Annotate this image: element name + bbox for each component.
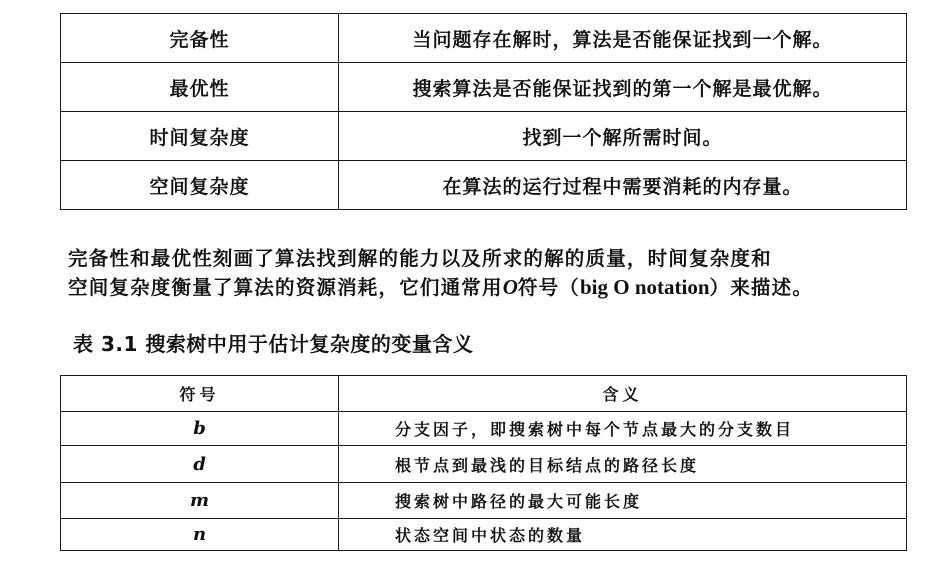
table-row: m 搜索树中路径的最大可能长度 xyxy=(61,483,907,519)
property-definition: 找到一个解所需时间。 xyxy=(339,112,907,161)
variable-meaning: 状态空间中状态的数量 xyxy=(339,519,907,551)
table-row: 最优性 搜索算法是否能保证找到的第一个解是最优解。 xyxy=(61,63,907,112)
table-header-row: 符号 含义 xyxy=(61,376,907,412)
property-term: 最优性 xyxy=(61,63,339,112)
paragraph-line-2-mid: 符号（ xyxy=(518,276,580,299)
table-row: b 分支因子，即搜索树中每个节点最大的分支数目 xyxy=(61,412,907,446)
table-row: n 状态空间中状态的数量 xyxy=(61,519,907,551)
property-term: 时间复杂度 xyxy=(61,112,339,161)
paragraph-line-2-post: ）来描述。 xyxy=(710,276,814,299)
paragraph-line-2-pre: 空间复杂度衡量了算法的资源消耗，它们通常用 xyxy=(68,276,503,299)
table-row: d 根节点到最浅的目标结点的路径长度 xyxy=(61,446,907,483)
header-symbol: 符号 xyxy=(61,376,339,412)
table-row: 时间复杂度 找到一个解所需时间。 xyxy=(61,112,907,161)
variable-meaning: 根节点到最浅的目标结点的路径长度 xyxy=(339,446,907,483)
variable-symbol: d xyxy=(61,446,339,483)
variable-meaning: 搜索树中路径的最大可能长度 xyxy=(339,483,907,519)
table-row: 完备性 当问题存在解时，算法是否能保证找到一个解。 xyxy=(61,14,907,63)
big-o-symbol: O xyxy=(503,275,518,299)
variable-symbol: n xyxy=(61,519,339,551)
property-definition: 当问题存在解时，算法是否能保证找到一个解。 xyxy=(339,14,907,63)
variable-symbol: b xyxy=(61,412,339,446)
variables-table: 符号 含义 b 分支因子，即搜索树中每个节点最大的分支数目 d 根节点到最浅的目… xyxy=(60,375,907,551)
properties-table: 完备性 当问题存在解时，算法是否能保证找到一个解。 最优性 搜索算法是否能保证找… xyxy=(60,13,907,210)
paragraph-line-1: 完备性和最优性刻画了算法找到解的能力以及所求的解的质量，时间复杂度和 xyxy=(68,247,772,270)
property-definition: 搜索算法是否能保证找到的第一个解是最优解。 xyxy=(339,63,907,112)
big-o-notation-term: big O notation xyxy=(580,275,710,299)
header-meaning: 含义 xyxy=(339,376,907,412)
property-term: 完备性 xyxy=(61,14,339,63)
variable-symbol: m xyxy=(61,483,339,519)
variable-meaning: 分支因子，即搜索树中每个节点最大的分支数目 xyxy=(339,412,907,446)
table-caption: 表 3.1 搜索树中用于估计复杂度的变量含义 xyxy=(73,328,473,357)
property-definition: 在算法的运行过程中需要消耗的内存量。 xyxy=(339,161,907,210)
body-paragraph: 完备性和最优性刻画了算法找到解的能力以及所求的解的质量，时间复杂度和 空间复杂度… xyxy=(68,244,947,302)
property-term: 空间复杂度 xyxy=(61,161,339,210)
table-row: 空间复杂度 在算法的运行过程中需要消耗的内存量。 xyxy=(61,161,907,210)
